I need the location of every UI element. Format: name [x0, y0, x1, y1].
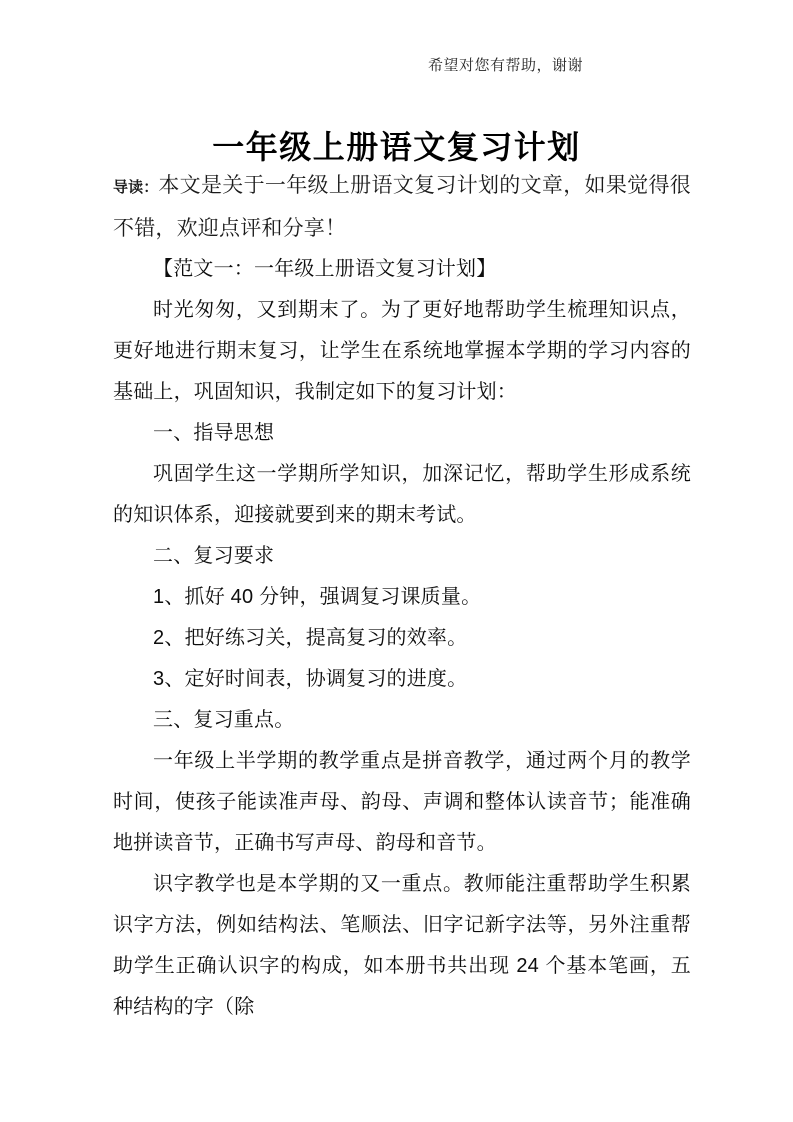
section-heading: 二、复习要求 — [113, 536, 691, 577]
document-page: 希望对您有帮助，谢谢 一年级上册语文复习计划 导读：本文是关于一年级上册语文复习… — [0, 0, 793, 1122]
list-item: 3、定好时间表，协调复习的进度。 — [113, 659, 691, 700]
document-body: 导读：本文是关于一年级上册语文复习计划的文章，如果觉得很不错，欢迎点评和分享！ … — [113, 165, 691, 1028]
lead-text: 本文是关于一年级上册语文复习计划的文章，如果觉得很不错，欢迎点评和分享！ — [113, 173, 691, 240]
paragraph: 一年级上半学期的教学重点是拼音教学，通过两个月的教学时间，使孩子能读准声母、韵母… — [113, 741, 691, 864]
list-item: 1、抓好 40 分钟，强调复习课质量。 — [113, 577, 691, 618]
section-heading: 三、复习重点。 — [113, 700, 691, 741]
lead-label: 导读： — [113, 179, 158, 196]
header-note: 希望对您有帮助，谢谢 — [0, 56, 583, 76]
list-item: 2、把好练习关，提高复习的效率。 — [113, 618, 691, 659]
page-title: 一年级上册语文复习计划 — [0, 126, 793, 168]
lead-paragraph: 导读：本文是关于一年级上册语文复习计划的文章，如果觉得很不错，欢迎点评和分享！ — [113, 165, 691, 249]
paragraph: 时光匆匆，又到期末了。为了更好地帮助学生梳理知识点，更好地进行期末复习，让学生在… — [113, 290, 691, 413]
paragraph: 识字教学也是本学期的又一重点。教师能注重帮助学生积累识字方法，例如结构法、笔顺法… — [113, 864, 691, 1028]
section-heading: 一、指导思想 — [113, 413, 691, 454]
paragraph: 巩固学生这一学期所学知识，加深记忆，帮助学生形成系统的知识体系，迎接就要到来的期… — [113, 454, 691, 536]
section-subtitle: 【范文一：一年级上册语文复习计划】 — [113, 249, 691, 290]
